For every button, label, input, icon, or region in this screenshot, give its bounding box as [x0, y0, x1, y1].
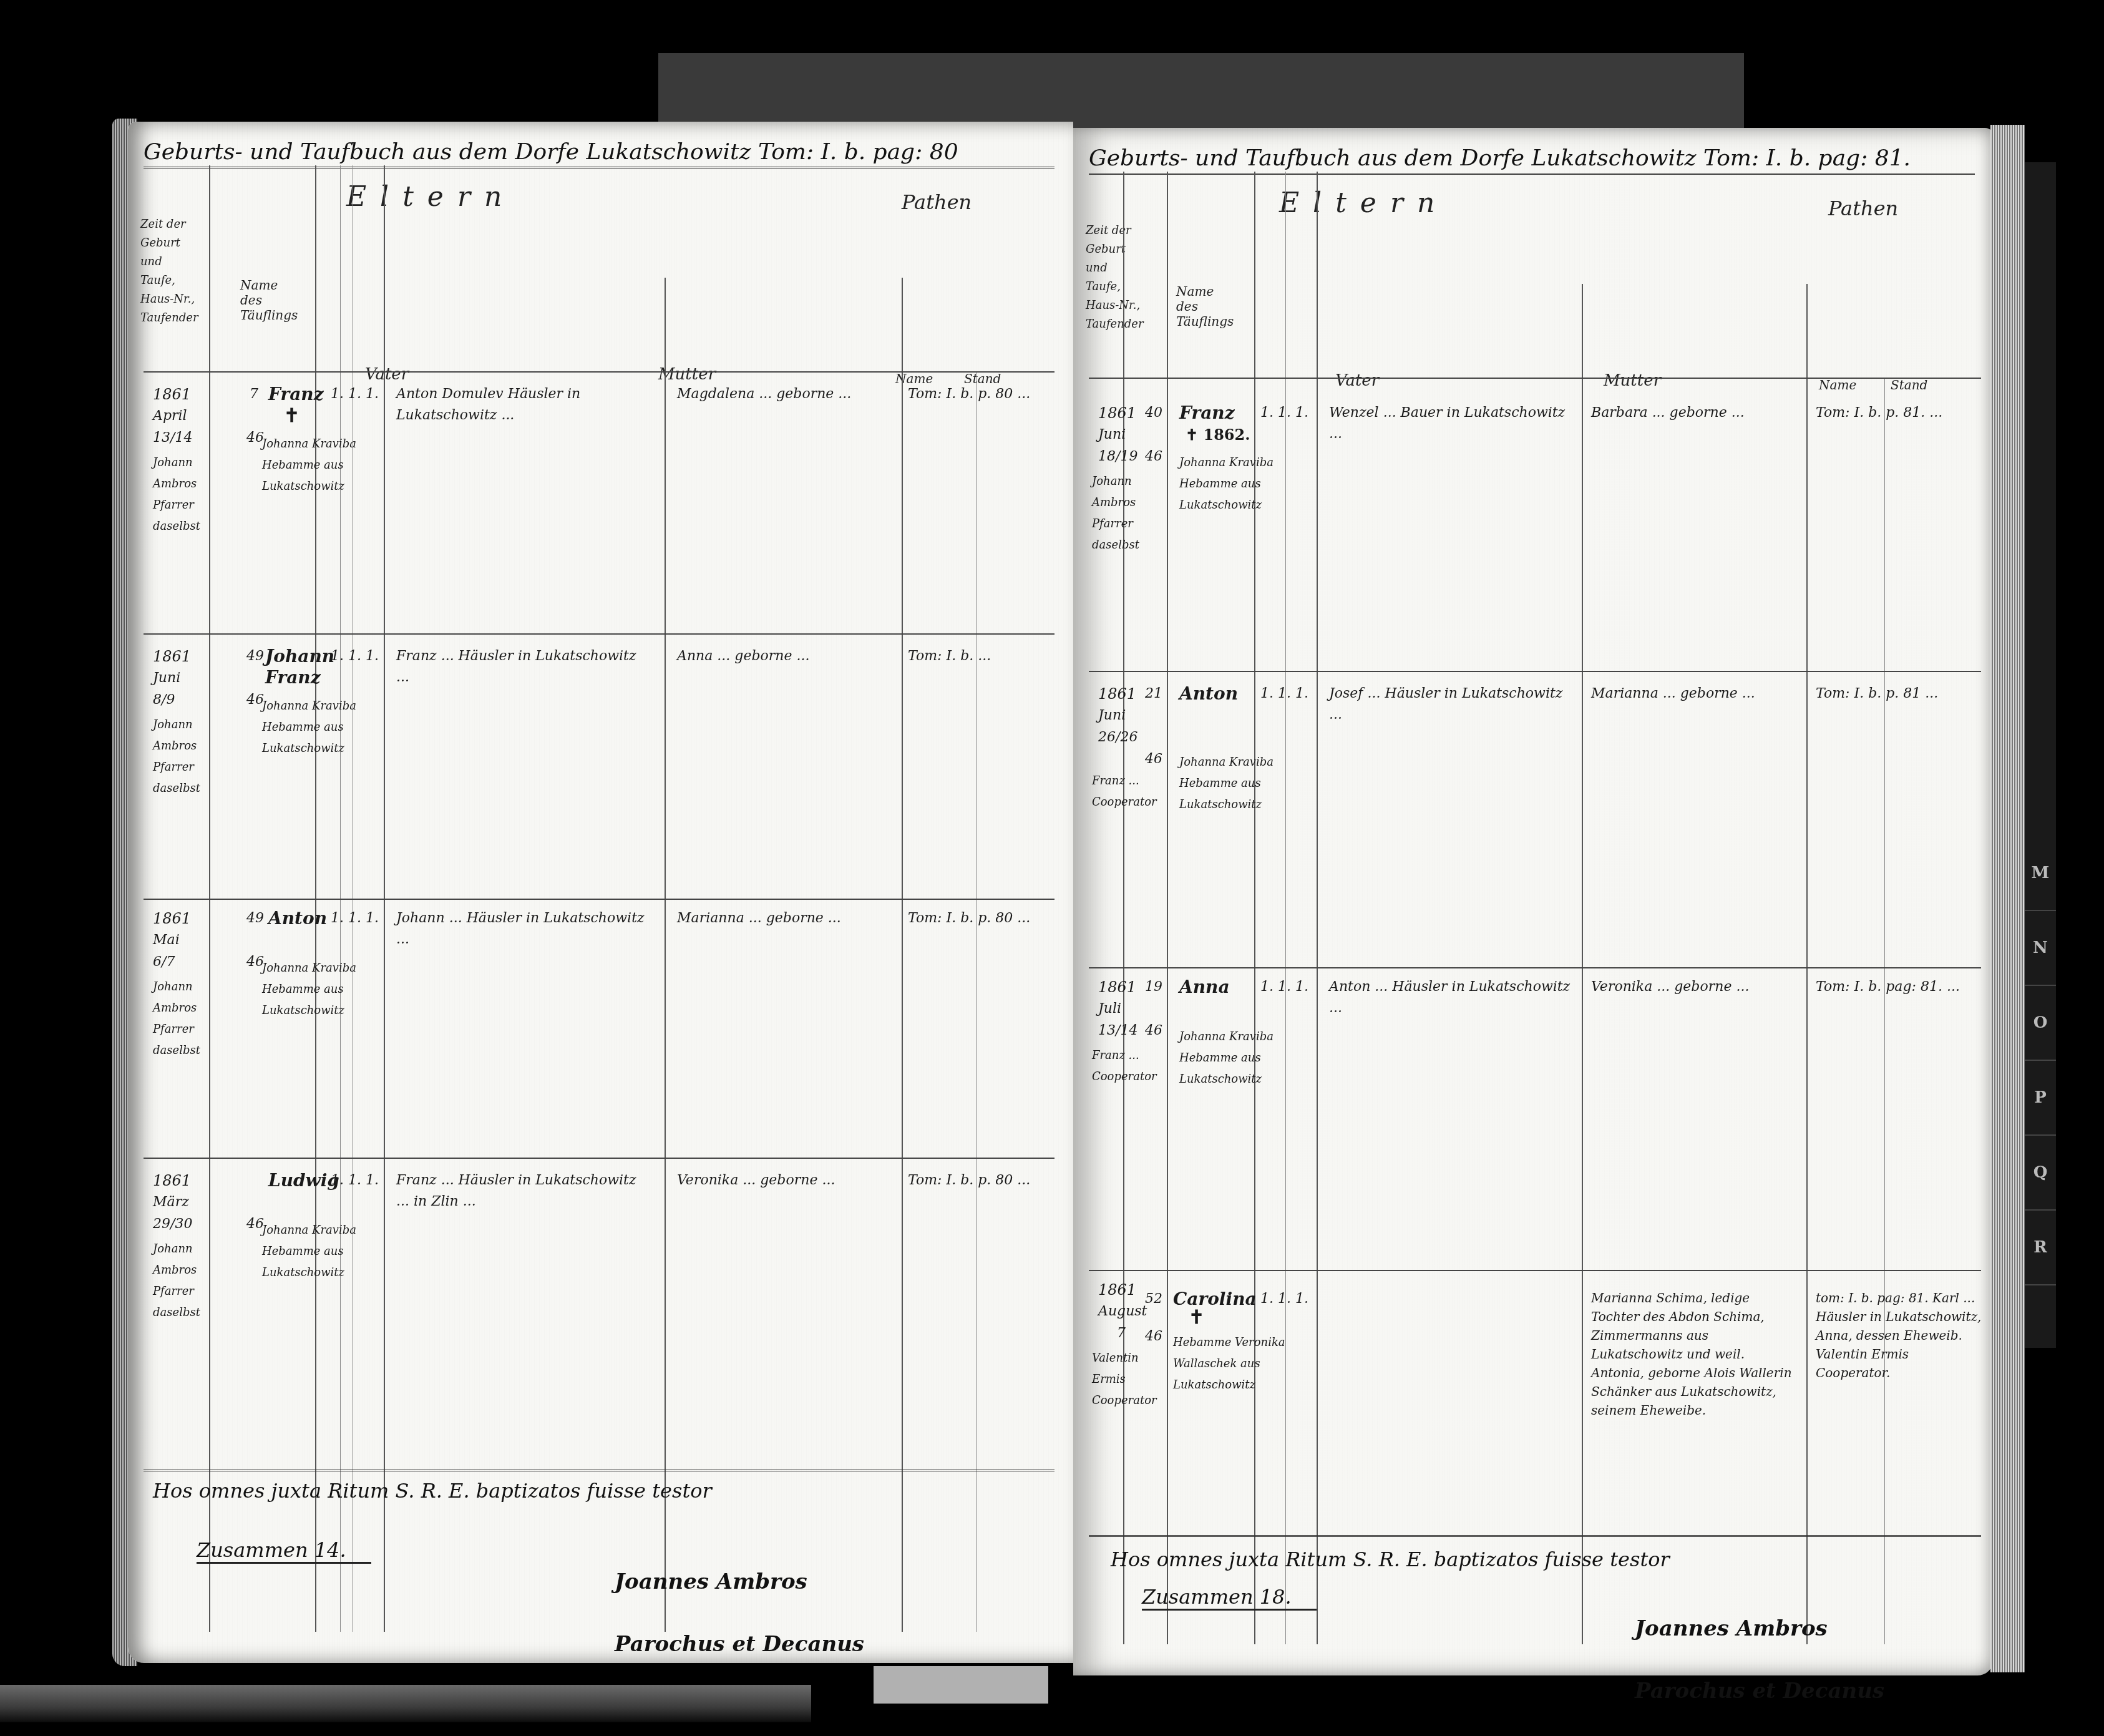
- scanner-bottom-edge: [0, 1685, 811, 1722]
- entry-mother: Veronika ... geborne ...: [1591, 977, 1797, 998]
- entry-mother: Marianna ... geborne ...: [1591, 683, 1797, 705]
- parents-group-header: Eltern: [346, 181, 515, 213]
- deceased-cross-icon: ✝ 1862.: [1186, 424, 1250, 446]
- entry-child-name: Franz: [1179, 402, 1235, 424]
- total-label: Zusammen: [1142, 1585, 1254, 1609]
- deceased-cross-icon: ✝: [1189, 1307, 1204, 1329]
- priest-signature: Joannes Ambros Parochus et Decanus: [615, 1535, 864, 1660]
- entry-house-no: 21: [1145, 683, 1162, 705]
- entry-days: 18/19: [1098, 446, 1137, 467]
- entry-priest-no: 46: [246, 690, 264, 711]
- entry-flags: 1. 1. 1.: [1260, 683, 1308, 705]
- entry-month: Juli: [1098, 998, 1121, 1020]
- entry-month: August: [1098, 1301, 1147, 1322]
- entry-mother: Magdalena ... geborne ...: [677, 384, 883, 405]
- entry-flags: 1. 1. 1.: [331, 1170, 379, 1191]
- entry-midwife: Johanna Kraviba Hebamme aus Lukatschowit…: [262, 434, 368, 497]
- footer-rule: [1089, 1535, 1981, 1537]
- entry-child-name: Carolina: [1173, 1289, 1257, 1310]
- total-value: 18.: [1260, 1585, 1292, 1609]
- entry-days: 13/14: [153, 427, 192, 449]
- entry-priest-no: 46: [1145, 446, 1162, 467]
- entry-baptizer: Johann Ambros Pfarrer daselbst: [1092, 471, 1167, 556]
- entry-father: Anton Domulev Häusler in Lukatschowitz .…: [396, 384, 646, 426]
- column-rule: [1123, 172, 1124, 1644]
- entry-child-name: Anna: [1179, 977, 1230, 998]
- entry-child-name: Franz: [268, 384, 324, 405]
- entry-flags: 1. 1. 1.: [1260, 402, 1308, 424]
- entry-child-name: Ludwig: [268, 1170, 339, 1191]
- total-count: Zusammen 14.: [197, 1538, 371, 1564]
- entry-house-no: 52: [1145, 1289, 1162, 1310]
- priest-signature: Joannes Ambros Parochus et Decanus: [1635, 1582, 1884, 1707]
- entry-days: 8/9: [153, 690, 175, 711]
- row-rule: [144, 633, 1054, 635]
- column-rule: [1317, 172, 1318, 1644]
- entry-baptizer: Johann Ambros Pfarrer daselbst: [153, 452, 228, 537]
- parents-group-header: Eltern: [1279, 187, 1448, 219]
- entry-father: Anton ... Häusler in Lukatschowitz ...: [1329, 977, 1572, 1019]
- entry-godparent: Tom: I. b. pag: 81. ...: [1816, 977, 1978, 998]
- entry-godparent: tom: I. b. pag: 81. Karl ... Häusler in …: [1816, 1289, 1984, 1382]
- entry-midwife: Johanna Kraviba Hebamme aus Lukatschowit…: [1179, 452, 1285, 516]
- col-header-time: Zeit der Geburt und Taufe, Haus-Nr., Tau…: [140, 215, 197, 328]
- thumb-tab: Q: [2025, 1136, 2056, 1211]
- total-count: Zusammen 18.: [1142, 1585, 1317, 1611]
- col-header-godparent-name: Name: [1819, 378, 1856, 393]
- left-page: Geburts- und Taufbuch aus dem Dorfe Luka…: [128, 122, 1073, 1663]
- signature-name: Joannes Ambros: [615, 1569, 807, 1594]
- column-rule: [1167, 172, 1168, 1644]
- entry-house-no: 7: [250, 384, 258, 405]
- entry-mother: Marianna Schima, ledige Tochter des Abdo…: [1591, 1289, 1797, 1420]
- thumb-index-tabs: M N O P Q R: [2025, 162, 2056, 1348]
- row-rule: [1089, 378, 1981, 379]
- col-header-child-name: Name des Täuflings: [240, 278, 296, 323]
- entry-flags: 1. 1. 1.: [331, 646, 379, 667]
- entry-child-name: Johann Franz: [265, 646, 334, 688]
- column-rule: [1285, 172, 1286, 1644]
- entry-child-name: Anton: [1179, 683, 1238, 705]
- entry-priest-no: 46: [1145, 1326, 1162, 1347]
- total-label: Zusammen: [197, 1538, 308, 1562]
- scanner-bottom-edge-right: [874, 1666, 1048, 1704]
- entry-year: 1861: [153, 384, 228, 405]
- left-page-title-text: Geburts- und Taufbuch aus dem Dorfe Luka…: [144, 139, 958, 165]
- entry-house-no: 49: [246, 646, 264, 667]
- entry-month: Juni: [153, 668, 180, 689]
- entry-midwife: Johanna Kraviba Hebamme aus Lukatschowit…: [1179, 752, 1285, 816]
- thumb-tab: R: [2025, 1211, 2056, 1285]
- entry-year: 1861: [1098, 1279, 1136, 1300]
- row-rule: [1089, 967, 1981, 968]
- entry-mother: Marianna ... geborne ...: [677, 908, 883, 929]
- thumb-tab: P: [2025, 1061, 2056, 1136]
- entry-flags: 1. 1. 1.: [331, 908, 379, 929]
- column-rule: [977, 371, 977, 1632]
- column-rule: [902, 278, 903, 1632]
- entry-year: 1861: [153, 908, 191, 929]
- entry-house-no: 40: [1145, 402, 1162, 424]
- signature-title: Parochus et Decanus: [1635, 1679, 1884, 1704]
- deceased-cross-icon: ✝: [284, 406, 300, 427]
- row-rule: [144, 899, 1054, 900]
- col-header-father: Vater: [1335, 371, 1379, 390]
- footer-rule: [144, 1470, 1054, 1471]
- entry-father: Franz ... Häusler in Lukatschowitz ...: [396, 646, 646, 688]
- entry-year: 1861: [153, 646, 191, 667]
- signature-name: Joannes Ambros: [1635, 1616, 1828, 1641]
- row-rule: [144, 1158, 1054, 1159]
- entry-priest-no: 46: [1145, 1020, 1162, 1041]
- entry-child-name: Anton: [268, 908, 327, 929]
- entry-flags: 1. 1. 1.: [1260, 1289, 1308, 1310]
- thumb-tab: M: [2025, 836, 2056, 911]
- entry-godparent: Tom: I. b. p. 81. ...: [1816, 402, 1978, 424]
- entry-godparent: Tom: I. b. ...: [908, 646, 1058, 667]
- thumb-tab: N: [2025, 911, 2056, 986]
- row-rule: [1089, 1270, 1981, 1271]
- entry-year: 1861: [153, 1170, 191, 1191]
- entry-midwife: Johanna Kraviba Hebamme aus Lukatschowit…: [262, 958, 368, 1022]
- entry-year: 1861: [1098, 977, 1136, 998]
- title-rule: [1089, 173, 1975, 175]
- right-page: Geburts- und Taufbuch aus dem Dorfe Luka…: [1073, 128, 1994, 1675]
- title-rule: [144, 167, 1054, 168]
- entry-days: 26/26: [1098, 727, 1137, 748]
- entry-priest-no: 46: [246, 427, 264, 449]
- entry-baptizer: Johann Ambros Pfarrer daselbst: [153, 977, 228, 1061]
- col-header-godparent-status: Stand: [1891, 378, 1927, 393]
- signature-title: Parochus et Decanus: [615, 1632, 864, 1657]
- left-page-title: Geburts- und Taufbuch aus dem Dorfe Luka…: [144, 139, 1054, 165]
- entry-baptizer: Johann Ambros Pfarrer daselbst: [153, 1239, 228, 1324]
- entry-baptizer: Johann Ambros Pfarrer daselbst: [153, 714, 228, 799]
- right-page-title-text: Geburts- und Taufbuch aus dem Dorfe Luka…: [1089, 145, 1911, 171]
- row-rule: [144, 371, 1054, 373]
- col-header-time: Zeit der Geburt und Taufe, Haus-Nr., Tau…: [1086, 222, 1142, 334]
- entry-baptizer: Franz ... Cooperator: [1092, 1045, 1167, 1088]
- entry-godparent: Tom: I. b. p. 80 ...: [908, 1170, 1058, 1191]
- entry-midwife: Johanna Kraviba Hebamme aus Lukatschowit…: [1179, 1026, 1285, 1090]
- entry-father: Franz ... Häusler in Lukatschowitz ... i…: [396, 1170, 646, 1212]
- entry-baptizer: Franz ... Cooperator: [1092, 771, 1167, 813]
- row-rule: [1089, 671, 1981, 672]
- entry-month: Juni: [1098, 424, 1126, 446]
- entry-mother: Veronika ... geborne ...: [677, 1170, 883, 1191]
- book-page-edges-right: [1990, 125, 2025, 1672]
- entry-days: 7: [1117, 1323, 1126, 1344]
- right-page-title: Geburts- und Taufbuch aus dem Dorfe Luka…: [1089, 145, 1975, 171]
- column-rule: [1582, 284, 1583, 1644]
- entry-baptizer: Valentin Ermis Cooperator: [1092, 1348, 1167, 1412]
- entry-mother: Anna ... geborne ...: [677, 646, 883, 667]
- entry-house-no: 49: [246, 908, 264, 929]
- entry-flags: 1. 1. 1.: [331, 384, 379, 405]
- column-rule: [665, 278, 666, 1632]
- entry-flags: 1. 1. 1.: [1260, 977, 1308, 998]
- entry-priest-no: 46: [1145, 749, 1162, 770]
- entry-godparent: Tom: I. b. p. 81 ...: [1816, 683, 1978, 705]
- entry-mother: Barbara ... geborne ...: [1591, 402, 1797, 424]
- entry-priest-no: 46: [246, 1214, 264, 1235]
- entry-midwife: Johanna Kraviba Hebamme aus Lukatschowit…: [262, 1220, 368, 1284]
- entry-midwife: Johanna Kraviba Hebamme aus Lukatschowit…: [262, 696, 368, 759]
- entry-father: Wenzel ... Bauer in Lukatschowitz ...: [1329, 402, 1572, 445]
- entry-midwife: Hebamme Veronika Wallaschek aus Lukatsch…: [1173, 1332, 1285, 1396]
- godparents-group-header: Pathen: [902, 190, 972, 214]
- entry-days: 6/7: [153, 952, 175, 973]
- godparents-group-header: Pathen: [1828, 197, 1898, 220]
- entry-month: Juni: [1098, 705, 1126, 726]
- thumb-tab: O: [2025, 986, 2056, 1061]
- total-value: 14.: [314, 1538, 346, 1562]
- entry-year: 1861: [1098, 683, 1136, 705]
- column-rule: [1806, 284, 1808, 1644]
- entry-godparent: Tom: I. b. p. 80 ...: [908, 908, 1058, 929]
- entry-days: 13/14: [1098, 1020, 1137, 1041]
- tab-spacer: [2025, 162, 2056, 836]
- entry-house-no: 19: [1145, 977, 1162, 998]
- entry-month: April: [153, 406, 187, 427]
- col-header-mother: Mutter: [658, 365, 716, 384]
- col-header-mother: Mutter: [1604, 371, 1661, 390]
- entry-priest-no: 46: [246, 952, 264, 973]
- col-header-child-name: Name des Täuflings: [1176, 284, 1232, 329]
- column-rule: [1254, 172, 1255, 1644]
- attestation-text: Hos omnes juxta Ritum S. R. E. baptizato…: [153, 1479, 712, 1503]
- entry-year: 1861: [1098, 402, 1136, 424]
- entry-godparent: Tom: I. b. p. 80 ...: [908, 384, 1058, 405]
- entry-father: Josef ... Häusler in Lukatschowitz ...: [1329, 683, 1572, 726]
- entry-month: Mai: [153, 930, 180, 951]
- entry-days: 29/30: [153, 1214, 192, 1235]
- entry-father: Johann ... Häusler in Lukatschowitz ...: [396, 908, 646, 950]
- column-rule: [1884, 378, 1885, 1644]
- col-header-father: Vater: [365, 365, 409, 384]
- entry-month: März: [153, 1192, 189, 1213]
- attestation-text: Hos omnes juxta Ritum S. R. E. baptizato…: [1111, 1548, 1670, 1571]
